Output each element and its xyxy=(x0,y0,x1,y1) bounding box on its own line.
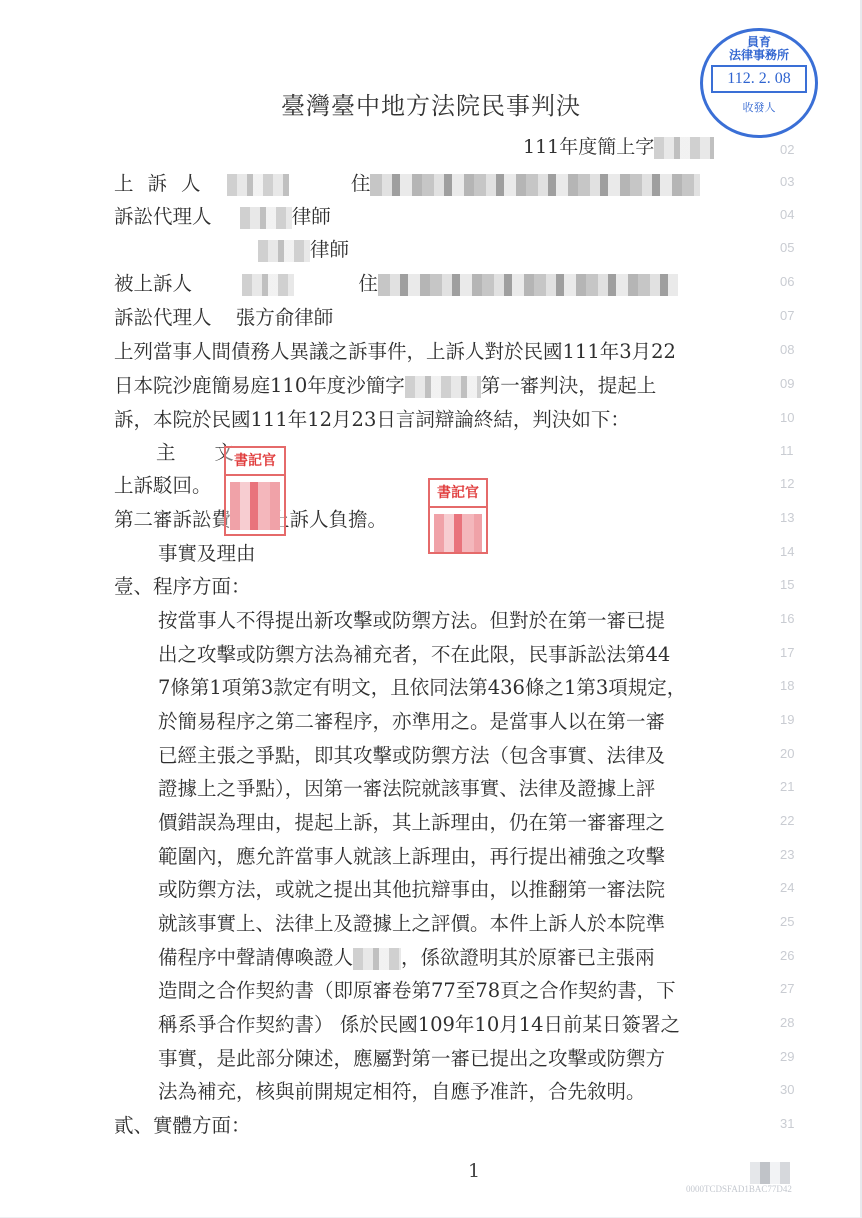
line-number: 21 xyxy=(780,779,794,794)
body-line: 備程序中聲請傳喚證人，係欲證明其於原審已主張兩 xyxy=(158,942,655,970)
lawyer-suffix: 律師 xyxy=(310,238,349,261)
appellant-agent-row: 訴訟代理人 律師 xyxy=(114,201,331,229)
redacted-clerk-name xyxy=(230,482,280,530)
redacted-clerk-name xyxy=(434,514,482,552)
redacted-appellee-name xyxy=(242,274,294,296)
line-number: 03 xyxy=(780,174,794,189)
page-number: 1 xyxy=(468,1160,480,1182)
redacted-witness-name xyxy=(353,948,401,970)
section-heading-facts: 事實及理由 xyxy=(158,538,256,566)
body-line: 日本院沙鹿簡易庭110年度沙簡字第一審判決，提起上 xyxy=(114,370,656,398)
appellee-agent-name: 張方俞律師 xyxy=(236,306,334,329)
line-number: 29 xyxy=(780,1049,794,1064)
line-number: 10 xyxy=(780,410,794,425)
line-number: 13 xyxy=(780,510,794,525)
body-text: 第一審判決，提起上 xyxy=(481,374,657,397)
received-stamp: 員育 法律事務所 112. 2. 08 收發人 xyxy=(700,28,818,138)
line-number: 16 xyxy=(780,611,794,626)
line-number: 20 xyxy=(780,746,794,761)
section-heading-substance: 貳、實體方面： xyxy=(114,1110,251,1138)
body-line: 事實，是此部分陳述，應屬對第一審已提出之攻擊或防禦方 xyxy=(158,1043,665,1071)
redacted-lawyer-name xyxy=(258,240,310,262)
body-line: 於簡易程序之第二審程序，亦準用之。是當事人以在第一審 xyxy=(158,706,665,734)
line-number: 14 xyxy=(780,544,794,559)
line-number: 26 xyxy=(780,948,794,963)
line-number: 02 xyxy=(780,142,794,157)
line-number: 27 xyxy=(780,981,794,996)
body-line: 出之攻擊或防禦方法為補充者，不在此限，民事訴訟法第44 xyxy=(158,639,670,667)
body-line: 法為補充，核與前開規定相符，自應予准許，合先敘明。 xyxy=(158,1076,646,1104)
redacted-lawyer-name xyxy=(240,207,292,229)
line-number: 18 xyxy=(780,678,794,693)
section-heading-main-text: 主 文 xyxy=(156,437,234,465)
case-number-prefix: 111年度簡上字 xyxy=(523,136,654,158)
line-number: 30 xyxy=(780,1082,794,1097)
document-hash: 0000TCDSFAD1BAC77D42 xyxy=(686,1184,792,1194)
redacted-case-number xyxy=(654,137,714,159)
body-line: 就該事實上、法律上及證據上之評價。本件上訴人於本院準 xyxy=(158,908,665,936)
residence-label: 住 xyxy=(358,272,378,295)
body-text: 日本院沙鹿簡易庭110年度沙簡字 xyxy=(114,374,405,397)
clerk-stamp: 書記官 xyxy=(224,446,286,536)
appellant-row: 上訴人 住 xyxy=(114,168,700,196)
line-number: 07 xyxy=(780,308,794,323)
judgment-line: 上訴駁回。 xyxy=(114,470,212,498)
body-line: 範圍內，應允許當事人就該上訴理由，再行提出補強之攻擊 xyxy=(158,841,665,869)
redacted-case-ref xyxy=(405,376,481,398)
line-number: 11 xyxy=(780,443,794,458)
body-line: 稱系爭合作契約書） 係於民國109年10月14日前某日簽署之 xyxy=(158,1009,680,1037)
line-number: 25 xyxy=(780,914,794,929)
lawyer-suffix: 律師 xyxy=(292,205,331,228)
line-number: 12 xyxy=(780,476,794,491)
redacted-address xyxy=(378,274,678,296)
clerk-stamp: 書記官 xyxy=(428,478,488,554)
body-text: ，係欲證明其於原審已主張兩 xyxy=(401,946,655,969)
clerk-stamp-label: 書記官 xyxy=(430,480,486,508)
line-number: 19 xyxy=(780,712,794,727)
redacted-appellant-name xyxy=(227,174,289,196)
line-number: 05 xyxy=(780,240,794,255)
document-page: 員育 法律事務所 112. 2. 08 收發人 臺灣臺中地方法院民事判決 111… xyxy=(0,0,862,1218)
appellant-agent-row-2: 律師 xyxy=(258,234,349,262)
line-number: 08 xyxy=(780,342,794,357)
body-line: 按當事人不得提出新攻擊或防禦方法。但對於在第一審已提 xyxy=(158,605,665,633)
line-number: 24 xyxy=(780,880,794,895)
document-title: 臺灣臺中地方法院民事判決 xyxy=(0,86,862,121)
agent-label: 訴訟代理人 xyxy=(114,205,212,228)
appellant-label: 上訴人 xyxy=(114,172,215,195)
body-line: 造間之合作契約書（即原審卷第77至78頁之合作契約書，下 xyxy=(158,975,676,1003)
residence-label: 住 xyxy=(351,172,371,195)
line-number: 28 xyxy=(780,1015,794,1030)
body-text: 備程序中聲請傳喚證人 xyxy=(158,946,353,969)
appellee-label: 被上訴人 xyxy=(114,272,192,295)
line-number: 15 xyxy=(780,577,794,592)
section-heading-procedure: 壹、程序方面： xyxy=(114,571,251,599)
clerk-stamp-label: 書記官 xyxy=(226,448,284,476)
body-line: 7條第1項第3款定有明文，且依同法第436條之1第3項規定， xyxy=(158,672,686,700)
body-line: 已經主張之爭點，即其攻擊或防禦方法（包含事實、法律及 xyxy=(158,740,665,768)
case-number: 111年度簡上字 xyxy=(523,132,714,159)
body-line: 訴，本院於民國111年12月23日言詞辯論終結，判決如下： xyxy=(114,404,630,432)
appellee-agent-row: 訴訟代理人 張方俞律師 xyxy=(114,302,333,330)
line-number: 31 xyxy=(780,1116,794,1131)
agent-label: 訴訟代理人 xyxy=(114,306,212,329)
line-number: 06 xyxy=(780,274,794,289)
line-number: 04 xyxy=(780,207,794,222)
line-number: 09 xyxy=(780,376,794,391)
body-line: 上列當事人間債務人異議之訴事件，上訴人對於民國111年3月22 xyxy=(114,336,676,364)
redacted-address xyxy=(370,174,700,196)
redacted-footer-code xyxy=(750,1162,790,1184)
body-line: 價錯誤為理由，提起上訴，其上訴理由，仍在第一審審理之 xyxy=(158,807,665,835)
body-line: 或防禦方法，或就之提出其他抗辯事由，以推翻第一審法院 xyxy=(158,874,665,902)
line-number: 23 xyxy=(780,847,794,862)
line-number: 17 xyxy=(780,645,794,660)
appellee-row: 被上訴人 住 xyxy=(114,268,678,296)
stamp-firm-line2: 法律事務所 xyxy=(703,49,815,62)
body-line: 證據上之爭點），因第一審法院就該事實、法律及證據上評 xyxy=(158,773,655,801)
line-number: 22 xyxy=(780,813,794,828)
